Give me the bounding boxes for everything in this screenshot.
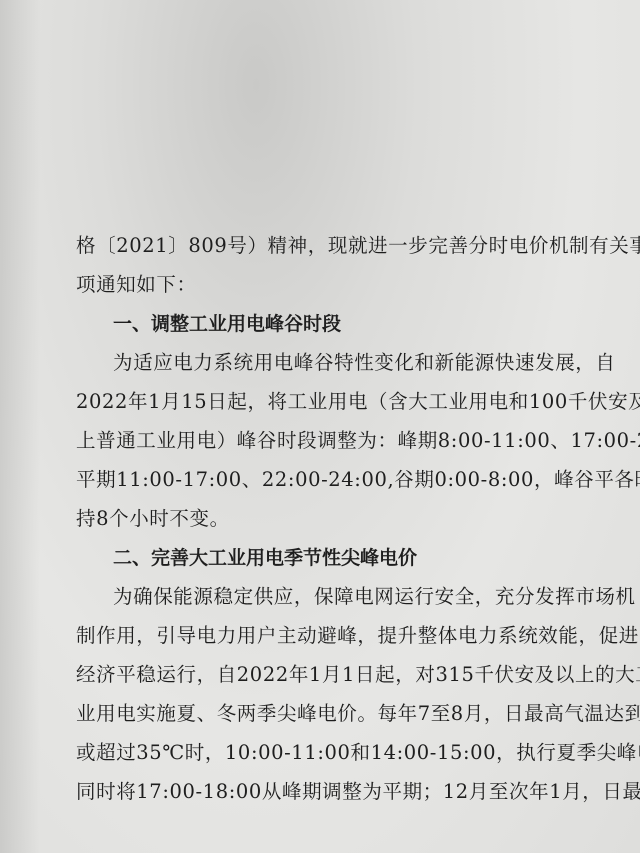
body-line: 为确保能源稳定供应，保障电网运行安全，充分发挥市场机 <box>113 583 640 611</box>
body-line: 2022年1月15日起，将工业用电（含大工业用电和100千伏安及以 <box>76 388 606 416</box>
body-line: 制作用，引导电力用户主动避峰，提升整体电力系统效能，促进 <box>76 622 606 650</box>
body-line: 项通知如下： <box>76 271 606 299</box>
body-line: 同时将17:00-18:00从峰期调整为平期；12月至次年1月，日最低 <box>76 778 606 806</box>
document-page: 格〔2021〕809号）精神，现就进一步完善分时电价机制有关事 项通知如下： 一… <box>0 0 640 853</box>
body-line: 经济平稳运行，自2022年1月1日起，对315千伏安及以上的大工 <box>76 661 606 689</box>
body-line: 为适应电力系统用电峰谷特性变化和新能源快速发展，自 <box>113 349 640 377</box>
section-heading-1: 一、调整工业用电峰谷时段 <box>113 310 640 338</box>
body-line: 上普通工业用电）峰谷时段调整为：峰期8:00-11:00、17:00-22:00… <box>76 427 606 455</box>
body-line: 格〔2021〕809号）精神，现就进一步完善分时电价机制有关事 <box>76 232 606 260</box>
page-shadow <box>0 0 40 853</box>
body-line: 业用电实施夏、冬两季尖峰电价。每年7至8月，日最高气温达到 <box>76 700 606 728</box>
section-heading-2: 二、完善大工业用电季节性尖峰电价 <box>113 544 640 572</box>
body-line: 平期11:00-17:00、22:00-24:00,谷期0:00-8:00，峰谷… <box>76 466 606 494</box>
body-line: 或超过35℃时，10:00-11:00和14:00-15:00，执行夏季尖峰电价… <box>76 739 606 767</box>
body-line: 持8个小时不变。 <box>76 505 606 533</box>
